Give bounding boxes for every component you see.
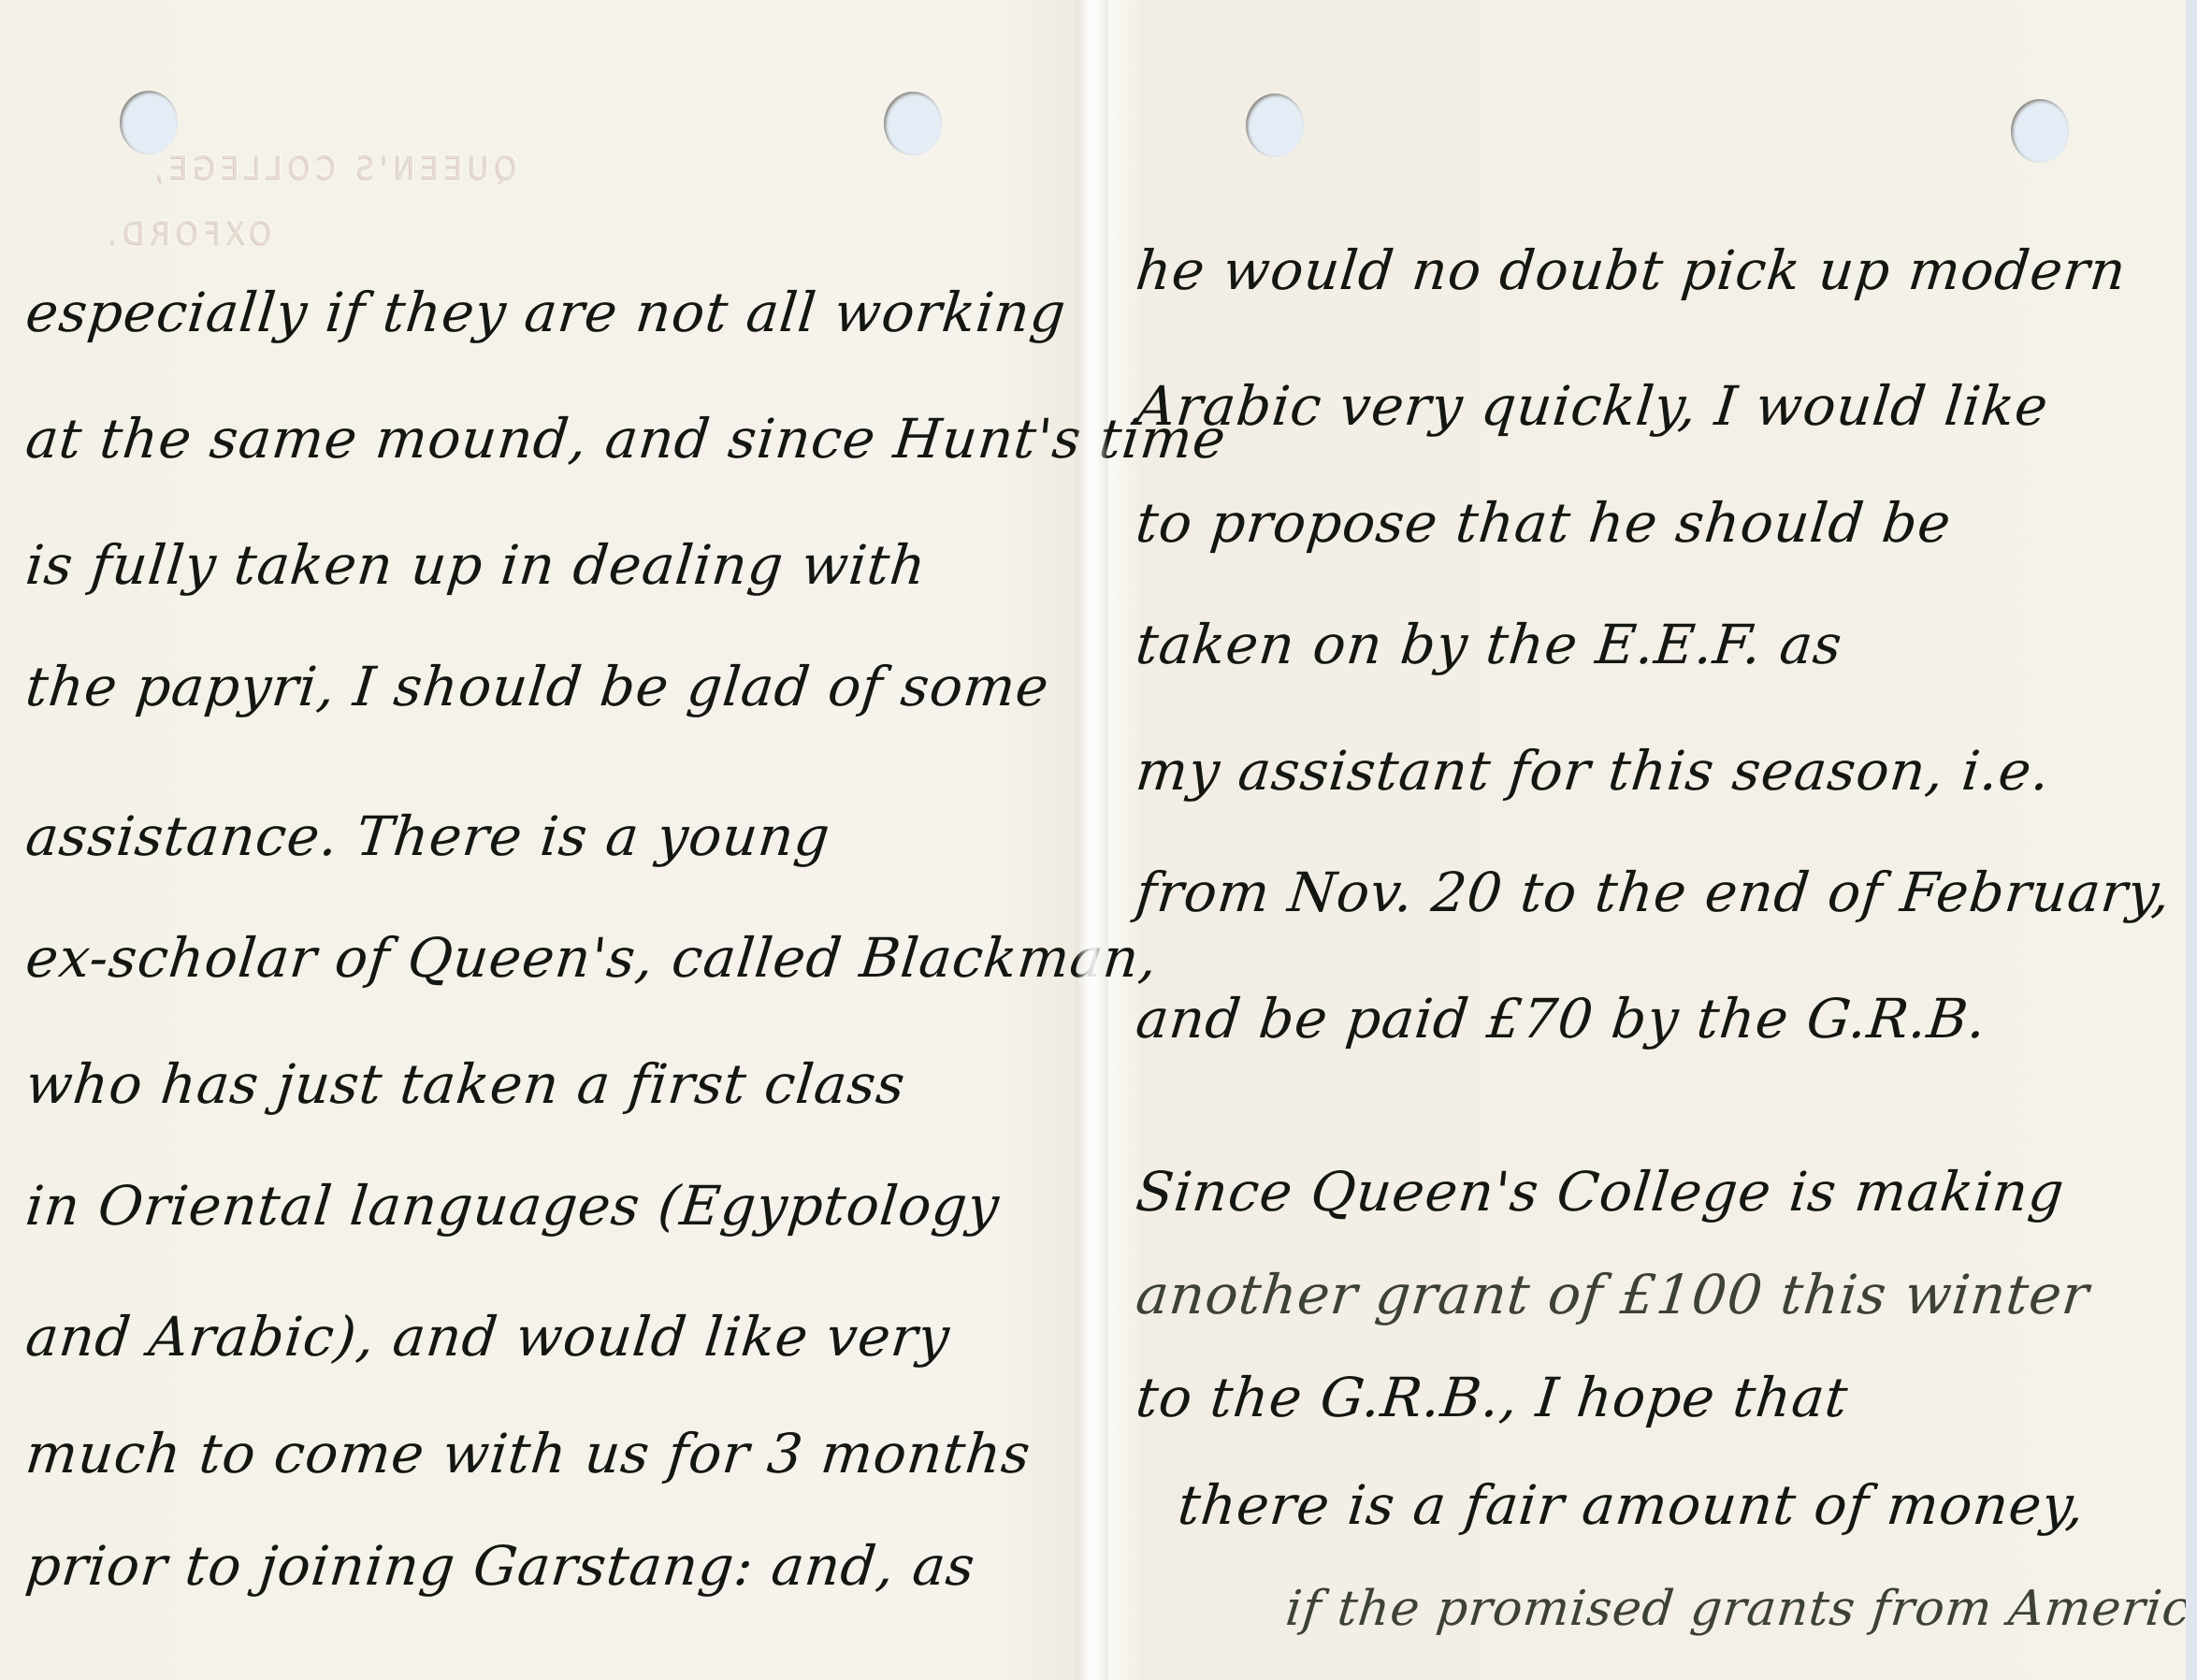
handwritten-line: Arabic very quickly, I would like xyxy=(1133,374,2051,438)
right-page: he would no doubt pick up modern Arabic … xyxy=(1108,0,2197,1680)
handwritten-line: especially if they are not all working xyxy=(22,281,1069,344)
handwritten-line: to the G.R.B., I hope that xyxy=(1133,1366,1851,1429)
handwritten-line: prior to joining Garstang: and, as xyxy=(22,1534,978,1598)
punch-hole xyxy=(120,91,178,154)
handwritten-line: and Arabic), and would like very xyxy=(22,1305,953,1369)
punch-hole xyxy=(884,92,942,155)
center-fold xyxy=(1076,0,1108,1680)
handwritten-line: from Nov. 20 to the end of February, xyxy=(1133,861,2174,924)
left-page: QUEEN'S COLLEGE, OXFORD. especially if t… xyxy=(0,0,1092,1680)
handwritten-line: assistance. There is a young xyxy=(22,804,833,868)
handwritten-line: who has just taken a first class xyxy=(22,1052,908,1116)
letter-sheet: QUEEN'S COLLEGE, OXFORD. especially if t… xyxy=(0,0,2197,1680)
handwritten-line: in Oriental languages (Egyptology xyxy=(22,1174,1003,1238)
handwritten-line: the papyri, I should be glad of some xyxy=(22,655,1052,718)
handwritten-line: to propose that he should be xyxy=(1133,491,1954,555)
letterhead-college: QUEEN'S COLLEGE, xyxy=(150,150,517,187)
punch-hole xyxy=(2011,99,2069,163)
handwritten-line: if the promised grants from America xyxy=(1283,1581,2197,1637)
handwritten-line: my assistant for this season, i.e. xyxy=(1133,739,2053,803)
punch-hole xyxy=(1246,94,1304,157)
handwritten-line: taken on by the E.E.F. as xyxy=(1133,613,1845,676)
letterhead-city: OXFORD. xyxy=(103,215,272,253)
handwritten-line: another grant of £100 this winter xyxy=(1133,1263,2092,1326)
handwritten-line: at the same mound, and since Hunt's time xyxy=(22,407,1229,471)
handwritten-line: there is a fair amount of money, xyxy=(1175,1473,2088,1537)
handwritten-line: much to come with us for 3 months xyxy=(22,1422,1033,1485)
handwritten-line: Since Queen's College is making xyxy=(1133,1160,2067,1224)
page-edge xyxy=(2186,0,2197,1680)
handwritten-line: and be paid £70 by the G.R.B. xyxy=(1133,987,1989,1050)
handwritten-line: he would no doubt pick up modern xyxy=(1133,239,2129,302)
handwritten-line: is fully taken up in dealing with xyxy=(22,533,929,597)
handwritten-line: ex-scholar of Queen's, called Blackman, xyxy=(22,926,1161,990)
